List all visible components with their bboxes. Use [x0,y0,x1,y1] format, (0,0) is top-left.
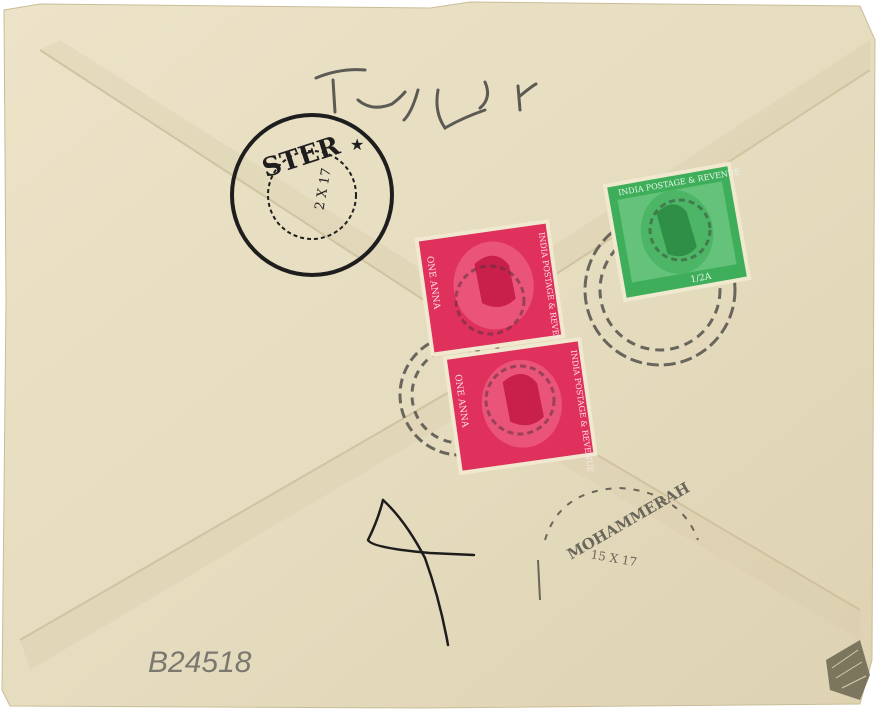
pencil-reference: B24518 [148,646,252,679]
svg-text:★: ★ [350,135,364,154]
envelope-back-photo: STER 2 X 17 ★ INDIA POSTAGE & REVENUE 1/… [0,0,877,714]
